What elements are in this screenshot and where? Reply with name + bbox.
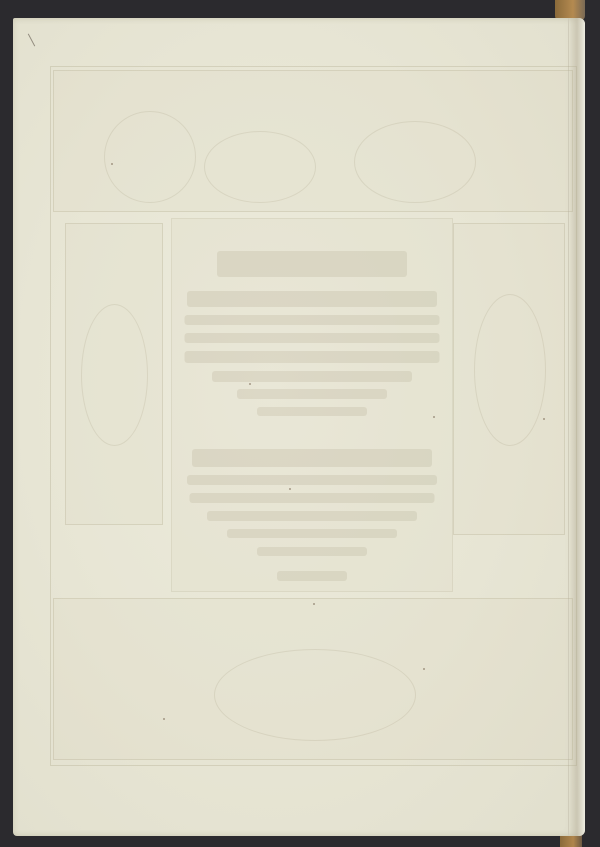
show-through-line (187, 475, 437, 485)
show-through-line (257, 547, 367, 556)
ornament-oval (81, 304, 148, 446)
book-page (13, 18, 585, 836)
show-through-line (192, 449, 432, 467)
ornament-circle (354, 121, 476, 203)
paper-speck (289, 488, 291, 490)
ornament-circle (214, 649, 416, 741)
show-through-line (185, 351, 440, 363)
show-through-bottom-ornament (53, 598, 573, 760)
ornament-circle (104, 111, 196, 203)
paper-speck (313, 603, 315, 605)
show-through-line (190, 493, 435, 503)
paper-speck (433, 416, 435, 418)
paper-speck (543, 418, 545, 420)
show-through-text-block (171, 218, 453, 592)
pencil-mark (28, 34, 35, 47)
show-through-line (207, 511, 417, 521)
paper-speck (111, 163, 113, 165)
show-through-line (217, 251, 407, 277)
show-through-top-ornament (53, 70, 573, 212)
show-through-line (212, 371, 412, 382)
paper-speck (423, 668, 425, 670)
ornament-circle (204, 131, 316, 203)
show-through-line (227, 529, 397, 538)
show-through-line (237, 389, 387, 399)
paper-speck (163, 718, 165, 720)
show-through-right-panel (453, 223, 565, 535)
show-through-line (277, 571, 347, 581)
ornament-oval (474, 294, 546, 446)
show-through-line (185, 315, 440, 325)
book-edge-top (555, 0, 585, 20)
show-through-line (185, 333, 440, 343)
show-through-line (187, 291, 437, 307)
show-through-line (257, 407, 367, 416)
show-through-left-panel (65, 223, 163, 525)
paper-speck (249, 383, 251, 385)
